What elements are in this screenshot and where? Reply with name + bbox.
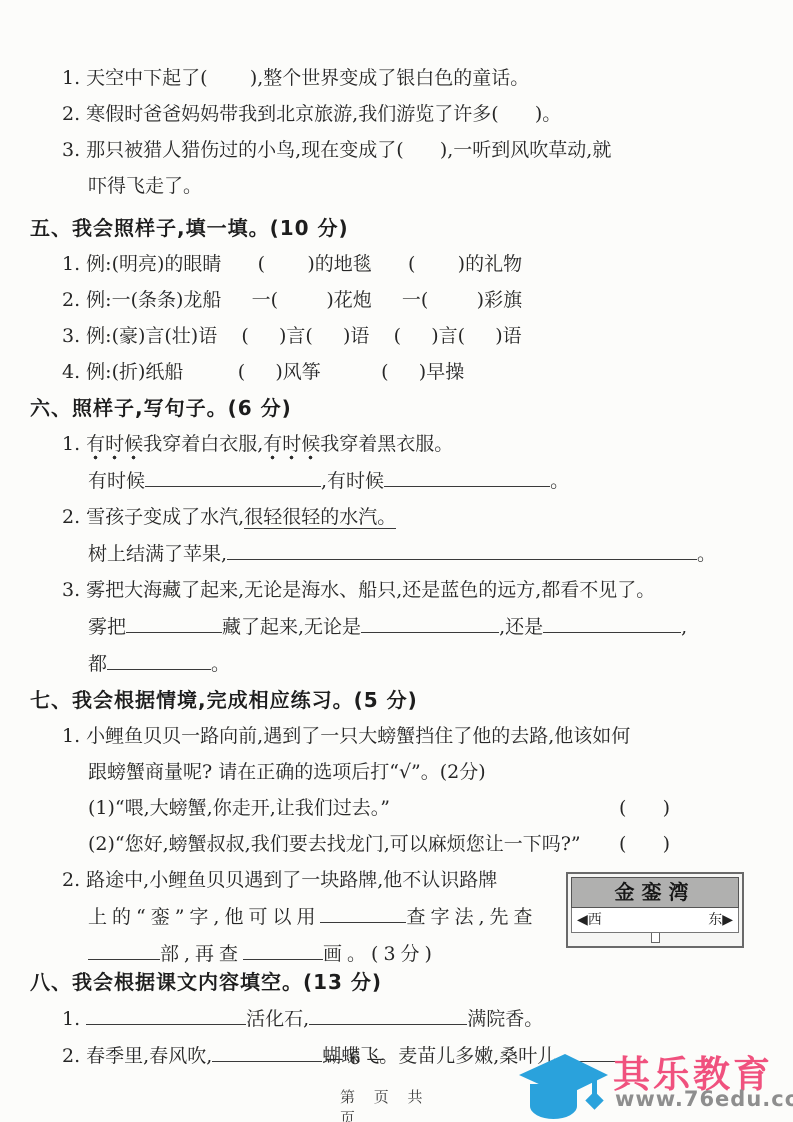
item-number: 1.: [62, 1008, 86, 1030]
q6-item-1-answer: 有时候,有时候。: [88, 462, 748, 499]
emphasized-word: 有时候: [86, 433, 143, 460]
page-count-label: 第 页 共 页: [340, 1086, 460, 1122]
answer-blank: [384, 462, 550, 487]
road-sign-place-name: 金銮湾: [571, 877, 739, 908]
answer-blank: [361, 608, 499, 633]
q7-item-1-line1: 1. 小鲤鱼贝贝一路向前,遇到了一只大螃蟹挡住了他的去路,他该如何: [62, 718, 748, 754]
q4-item-3-line2: 吓得飞走了。: [88, 168, 748, 204]
answer-blank: [309, 1000, 467, 1025]
q5-item-3: 3. 例:(豪)言(壮)语 ( )言( )语 ( )言( )语: [62, 318, 748, 354]
answer-blank: [227, 535, 697, 560]
q6-item-2-answer: 树上结满了苹果,。: [88, 535, 748, 572]
q4-item-2: 2. 寒假时爸爸妈妈带我到北京旅游,我们游览了许多( )。: [62, 96, 748, 132]
exam-page: 1. 天空中下起了( ),整个世界变成了银白色的童话。 2. 寒假时爸爸妈妈带我…: [0, 0, 793, 1122]
q4-item-1: 1. 天空中下起了( ),整个世界变成了银白色的童话。: [62, 60, 748, 96]
road-sign-post: [651, 933, 660, 943]
section7-title: 七、我会根据情境,完成相应练习。(5 分): [30, 682, 748, 718]
answer-parens: ( ): [619, 790, 670, 826]
q4-item-3-line1: 3. 那只被猎人猎伤过的小鸟,现在变成了( ),一听到风吹草动,就: [62, 132, 748, 168]
q7-item-1-line2: 跟螃蟹商量呢? 请在正确的选项后打“√”。(2分): [88, 754, 748, 790]
q6-item-3-example: 3. 雾把大海藏了起来,无论是海水、船只,还是蓝色的远方,都看不见了。: [62, 572, 748, 608]
emphasized-word: 有时候: [263, 433, 320, 460]
q5-item-1: 1. 例:(明亮)的眼睛 ( )的地毯 ( )的礼物: [62, 246, 748, 282]
west-direction-label: ◀西: [577, 908, 602, 932]
q7-item-2-line2: 上的“銮”字,他可以用查字法,先查: [88, 898, 543, 935]
q6-item-1-example: 1. 有时候我穿着白衣服,有时候我穿着黑衣服。: [62, 426, 748, 462]
logo-website-url: www.76edu.com: [615, 1087, 793, 1111]
graduation-cap-icon: [515, 1048, 611, 1122]
underlined-phrase: 很轻很轻的水汽。: [244, 506, 396, 529]
q6-item-2-example: 2. 雪孩子变成了水汽,很轻很轻的水汽。: [62, 499, 748, 535]
answer-blank: [543, 608, 681, 633]
road-sign: 金銮湾 ◀西 东▶: [566, 872, 744, 948]
item-number: 1.: [62, 433, 86, 455]
section6-title: 六、照样子,写句子。(6 分): [30, 390, 748, 426]
q6-item-3-answer-line1: 雾把藏了起来,无论是,还是,: [88, 608, 748, 645]
q7-option-2: (2)“您好,螃蟹叔叔,我们要去找龙门,可以麻烦您让一下吗?”( ): [88, 826, 748, 862]
answer-blank: [243, 935, 323, 960]
answer-blank: [107, 645, 211, 670]
q8-item-1: 1. 活化石,满院香。: [62, 1000, 748, 1037]
answer-blank: [145, 462, 321, 487]
answer-blank: [320, 898, 406, 923]
answer-blank: [88, 935, 160, 960]
answer-blank: [126, 608, 222, 633]
q6-item-3-answer-line2: 都。: [88, 645, 748, 682]
publisher-logo: 其乐教育 www.76edu.com: [515, 1040, 793, 1122]
answer-blank: [86, 1000, 246, 1025]
road-sign-directions: ◀西 东▶: [571, 908, 739, 933]
east-direction-label: 东▶: [708, 908, 733, 932]
q5-item-2: 2. 例:一(条条)龙船 一( )花炮 一( )彩旗: [62, 282, 748, 318]
answer-parens: ( ): [619, 826, 670, 862]
section5-title: 五、我会照样子,填一填。(10 分): [30, 210, 748, 246]
page-number: — 6 —: [305, 1048, 405, 1069]
q5-item-4: 4. 例:(折)纸船 ( )风筝 ( )早操: [62, 354, 748, 390]
q7-option-1: (1)“喂,大螃蟹,你走开,让我们过去。”( ): [88, 790, 748, 826]
item-number: 2.: [62, 506, 86, 528]
